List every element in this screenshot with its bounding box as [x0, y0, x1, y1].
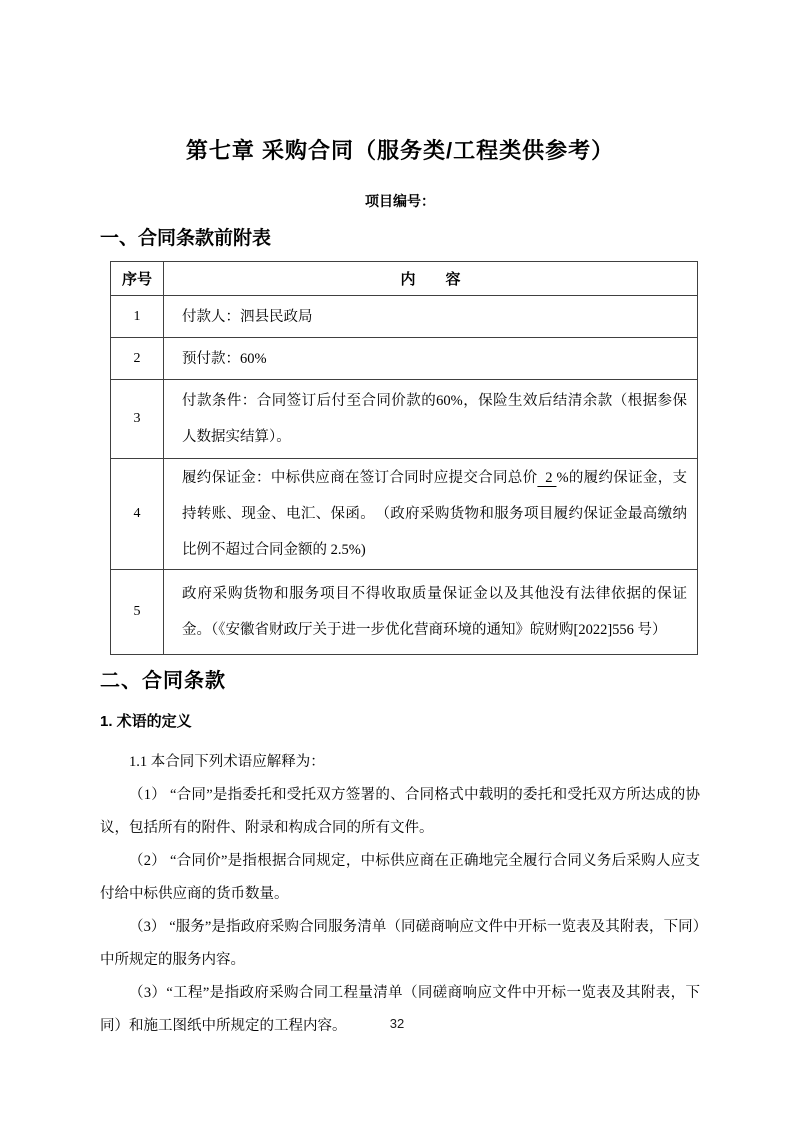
- pre-contract-terms-table: 序号 内 容 1 付款人：泗县民政局 2 预付款：60% 3 付款条件：合同签订…: [110, 261, 698, 655]
- sub-heading-terms-definition: 1. 术语的定义: [100, 710, 700, 731]
- document-page: 第七章 采购合同（服务类/工程类供参考） 项目编号： 一、合同条款前附表 序号 …: [0, 0, 794, 1122]
- table-row: 4 履约保证金：中标供应商在签订合同时应提交合同总价 2 %的履约保证金，支持转…: [111, 459, 698, 570]
- document-content: 第七章 采购合同（服务类/工程类供参考） 项目编号： 一、合同条款前附表 序号 …: [0, 134, 794, 1043]
- table-header-content: 内 容: [164, 262, 698, 296]
- section-heading-contract-terms-table: 一、合同条款前附表: [100, 223, 700, 250]
- table-header-row: 序号 内 容: [111, 262, 698, 296]
- row-content-cell: 付款条件：合同签订后付至合同价款的60%，保险生效后结清余款（根据参保人数据实结…: [164, 380, 698, 459]
- row-content-pre: 履约保证金：中标供应商在签订合同时应提交合同总价: [182, 470, 537, 486]
- table-row: 3 付款条件：合同签订后付至合同价款的60%，保险生效后结清余款（根据参保人数据…: [111, 380, 698, 459]
- row-content-cell: 政府采购货物和服务项目不得收取质量保证金以及其他没有法律依据的保证金。（《安徽省…: [164, 570, 698, 655]
- row-content-cell: 付款人：泗县民政局: [164, 296, 698, 338]
- row-no-cell: 4: [111, 459, 164, 570]
- row-no-cell: 5: [111, 570, 164, 655]
- section-heading-contract-clauses: 二、合同条款: [100, 664, 700, 693]
- table-row: 1 付款人：泗县民政局: [111, 296, 698, 338]
- row-no-cell: 2: [111, 338, 164, 380]
- row-no-cell: 3: [111, 380, 164, 459]
- paragraph-def-contract: （1） “合同”是指委托和受托双方签署的、合同格式中载明的委托和受托双方所达成的…: [100, 779, 700, 845]
- table-row: 2 预付款：60%: [111, 338, 698, 380]
- row-no-cell: 1: [111, 296, 164, 338]
- row-content-cell: 履约保证金：中标供应商在签订合同时应提交合同总价 2 %的履约保证金，支持转账、…: [164, 459, 698, 570]
- paragraph-def-engineering: （3）“工程”是指政府采购合同工程量清单（同磋商响应文件中开标一览表及其附表，下…: [100, 977, 700, 1043]
- paragraph-1-1: 1.1 本合同下列术语应解释为：: [100, 746, 700, 779]
- table-row: 5 政府采购货物和服务项目不得收取质量保证金以及其他没有法律依据的保证金。（《安…: [111, 570, 698, 655]
- paragraph-def-contract-price: （2） “合同价”是指根据合同规定，中标供应商在正确地完全履行合同义务后采购人应…: [100, 845, 700, 911]
- underlined-percentage-value: 2: [537, 470, 556, 486]
- page-number: 32: [0, 1016, 794, 1031]
- paragraph-def-service: （3） “服务”是指政府采购合同服务清单（同磋商响应文件中开标一览表及其附表，下…: [100, 911, 700, 977]
- row-content-cell: 预付款：60%: [164, 338, 698, 380]
- project-number-label: 项目编号：: [100, 191, 700, 211]
- table-header-no: 序号: [111, 262, 164, 296]
- chapter-title: 第七章 采购合同（服务类/工程类供参考）: [100, 134, 700, 165]
